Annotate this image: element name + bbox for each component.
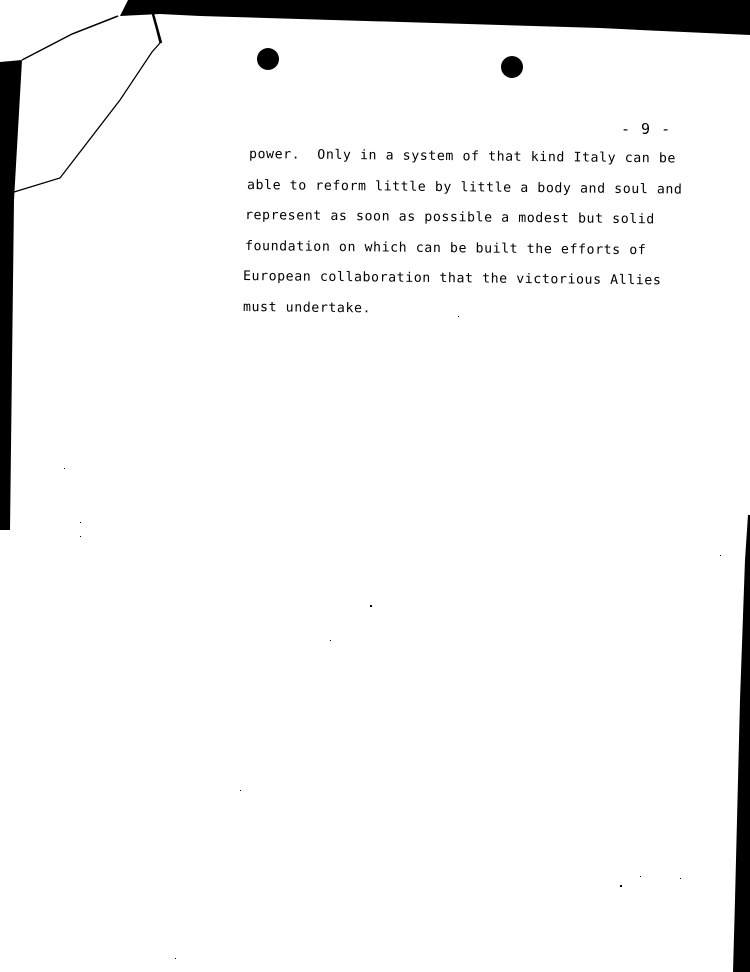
right-scan-border: [733, 515, 750, 972]
scan-speck: [370, 605, 372, 607]
scan-speck: [720, 555, 721, 556]
punch-hole-right: [501, 56, 523, 78]
scan-speck: [175, 958, 176, 959]
punch-hole-left: [257, 48, 279, 70]
typed-paragraph: power. Only in a system of that kind Ita…: [243, 140, 723, 323]
folded-corner-crease: [14, 14, 160, 192]
text-line: represent as soon as possible a modest b…: [245, 201, 723, 237]
text-line: able to reform little by little a body a…: [247, 171, 723, 206]
text-line: foundation on which can be built the eff…: [245, 232, 723, 268]
scan-speck: [680, 878, 681, 879]
scan-speck: [330, 640, 331, 641]
folded-corner-line: [22, 16, 118, 60]
left-scan-border: [0, 60, 22, 530]
scan-speck: [240, 790, 241, 791]
top-scan-edge: [120, 0, 750, 35]
scan-speck: [620, 885, 622, 887]
scan-speck: [80, 522, 81, 523]
scan-speck: [640, 876, 641, 877]
text-line: European collaboration that the victorio…: [243, 262, 723, 298]
text-line: power. Only in a system of that kind Ita…: [249, 140, 723, 175]
scan-speck: [458, 316, 459, 317]
page-number: - 9 -: [621, 120, 671, 138]
scan-speck: [64, 468, 65, 469]
left-scan-edge: [0, 0, 128, 62]
text-line: must undertake.: [243, 293, 723, 329]
scan-speck: [80, 536, 81, 537]
